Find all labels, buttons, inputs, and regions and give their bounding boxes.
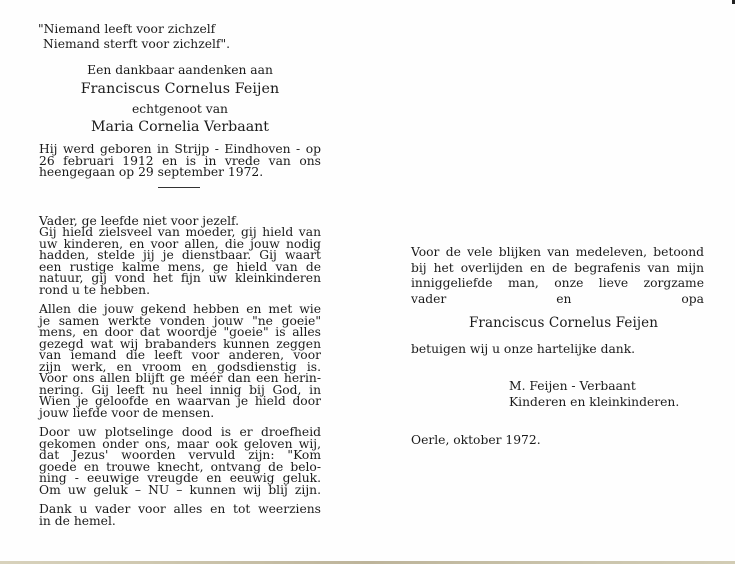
text-line: Voor de vele blijken van medeleven, beto… bbox=[411, 245, 704, 261]
text-line: rond u te hebben. bbox=[39, 285, 321, 297]
text-line: in de hemel. bbox=[39, 516, 321, 528]
right-panel: Voor de vele blijken van medeleven, beto… bbox=[411, 245, 704, 447]
bio-line: heengegaan op 29 september 1972. bbox=[39, 167, 321, 179]
place-date: Oerle, oktober 1972. bbox=[411, 433, 704, 447]
relation-text: echtgenoot van bbox=[39, 102, 321, 116]
spouse-name: Maria Cornelia Verbaant bbox=[39, 119, 321, 136]
signer-line: Kinderen en kleinkinderen. bbox=[509, 394, 704, 410]
text-line: Om uw geluk – NU – kunnen wij blij zijn. bbox=[39, 485, 321, 497]
divider-rule bbox=[158, 187, 200, 188]
paragraph-father: Vader, ge leefde niet voor jezelf. Gij h… bbox=[39, 216, 321, 297]
deceased-name: Franciscus Cornelus Feijen bbox=[417, 315, 710, 332]
memorial-card: "Niemand leeft voor zichzelf Niemand ste… bbox=[0, 0, 735, 564]
text-line: inniggeliefde man, onze lieve zorgzame bbox=[411, 276, 704, 292]
acknowledgement-intro: Voor de vele blijken van medeleven, beto… bbox=[411, 245, 704, 307]
text-line: vader en opa bbox=[411, 292, 704, 308]
opening-quote: "Niemand leeft voor zichzelf Niemand ste… bbox=[38, 22, 321, 52]
paragraph-faith: Door uw plotselinge dood is er droefheid… bbox=[39, 427, 321, 496]
thanks-text: betuigen wij u onze hartelijke dank. bbox=[411, 342, 704, 356]
intro-text: Een dankbaar aandenken aan bbox=[39, 63, 321, 77]
text-line: bij het overlijden en de begrafenis van … bbox=[411, 261, 704, 277]
deceased-name: Franciscus Cornelus Feijen bbox=[39, 81, 321, 98]
quote-line: "Niemand leeft voor zichzelf bbox=[38, 22, 321, 37]
quote-line: Niemand sterft voor zichzelf". bbox=[38, 37, 321, 52]
signers: M. Feijen - Verbaant Kinderen en kleinki… bbox=[509, 378, 704, 410]
paragraph-farewell: Dank u vader voor alles en tot weerziens… bbox=[39, 504, 321, 527]
biography: Hij werd geboren in Strijp - Eindhoven -… bbox=[39, 144, 321, 179]
text-line: jouw liefde voor de mensen. bbox=[39, 408, 321, 420]
signer-line: M. Feijen - Verbaant bbox=[509, 378, 704, 394]
left-panel: "Niemand leeft voor zichzelf Niemand ste… bbox=[39, 22, 321, 527]
paragraph-colleagues: Allen die jouw gekend hebben en met wie … bbox=[39, 304, 321, 419]
